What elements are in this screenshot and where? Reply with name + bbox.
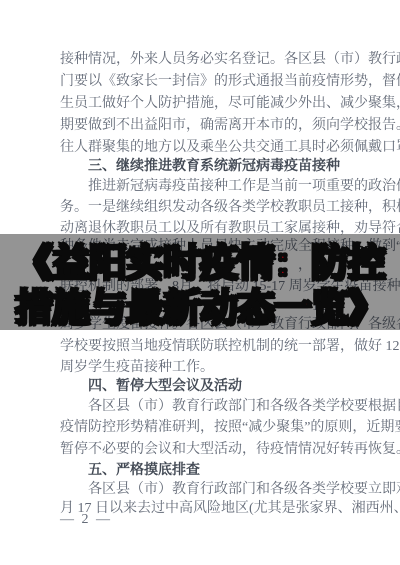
doc-text-line: 门要以《致家长一封信》的形式通报当前疫情形势，督促师: [60, 72, 398, 92]
doc-heading-line: 五、严格摸底排查: [60, 459, 400, 479]
overlay-title-line2: 措施与最新动态一览》: [0, 287, 400, 332]
doc-text-line: 暂停不必要的会议和大型活动，待疫情情况好转再恢复。: [60, 440, 398, 460]
doc-text-line: 期要做到不出益阳市，确需离开本市的，须向学校报告。前: [60, 116, 398, 136]
overlay-title: 《益阳实时疫情：防控 措施与最新动态一览》: [0, 242, 400, 332]
doc-text-line: 务。一是继续组织发动各级各类学校教职员工接种，积极发: [60, 198, 398, 218]
doc-text-line: 各区县（市）教育行政部门和各级各类学校要立即对 7: [60, 480, 400, 500]
doc-text-line: 各区县（市）教育行政部门和各级各类学校要根据目前: [60, 397, 400, 417]
overlay-title-line1: 《益阳实时疫情：防控: [0, 242, 400, 287]
doc-heading-line: 四、暂停大型会议及活动: [60, 375, 400, 395]
doc-text-line: 生员工做好个人防护措施，尽可能减少外出、减少聚集，近: [60, 94, 398, 114]
doc-text-line: 接种情况，外来人员务必实名登记。各区县（市）教行政部: [60, 50, 398, 70]
doc-text-line: 推进新冠病毒疫苗接种工作是当前一项重要的政治任: [60, 177, 400, 197]
doc-heading-line: 三、继续推进教育系统新冠病毒疫苗接种: [60, 155, 400, 175]
doc-text-line: 学校要按照当地疫情联防联控机制的统一部署，做好 12-17: [60, 337, 398, 357]
doc-text-line: 疫情防控形势精准研判，按照“减少聚集”的原则，近期要: [60, 418, 398, 438]
page-number: — 2 —: [60, 512, 112, 528]
document-page: 接种情况，外来人员务必实名登记。各区县（市）教行政部门要以《致家长一封信》的形式…: [0, 0, 400, 565]
